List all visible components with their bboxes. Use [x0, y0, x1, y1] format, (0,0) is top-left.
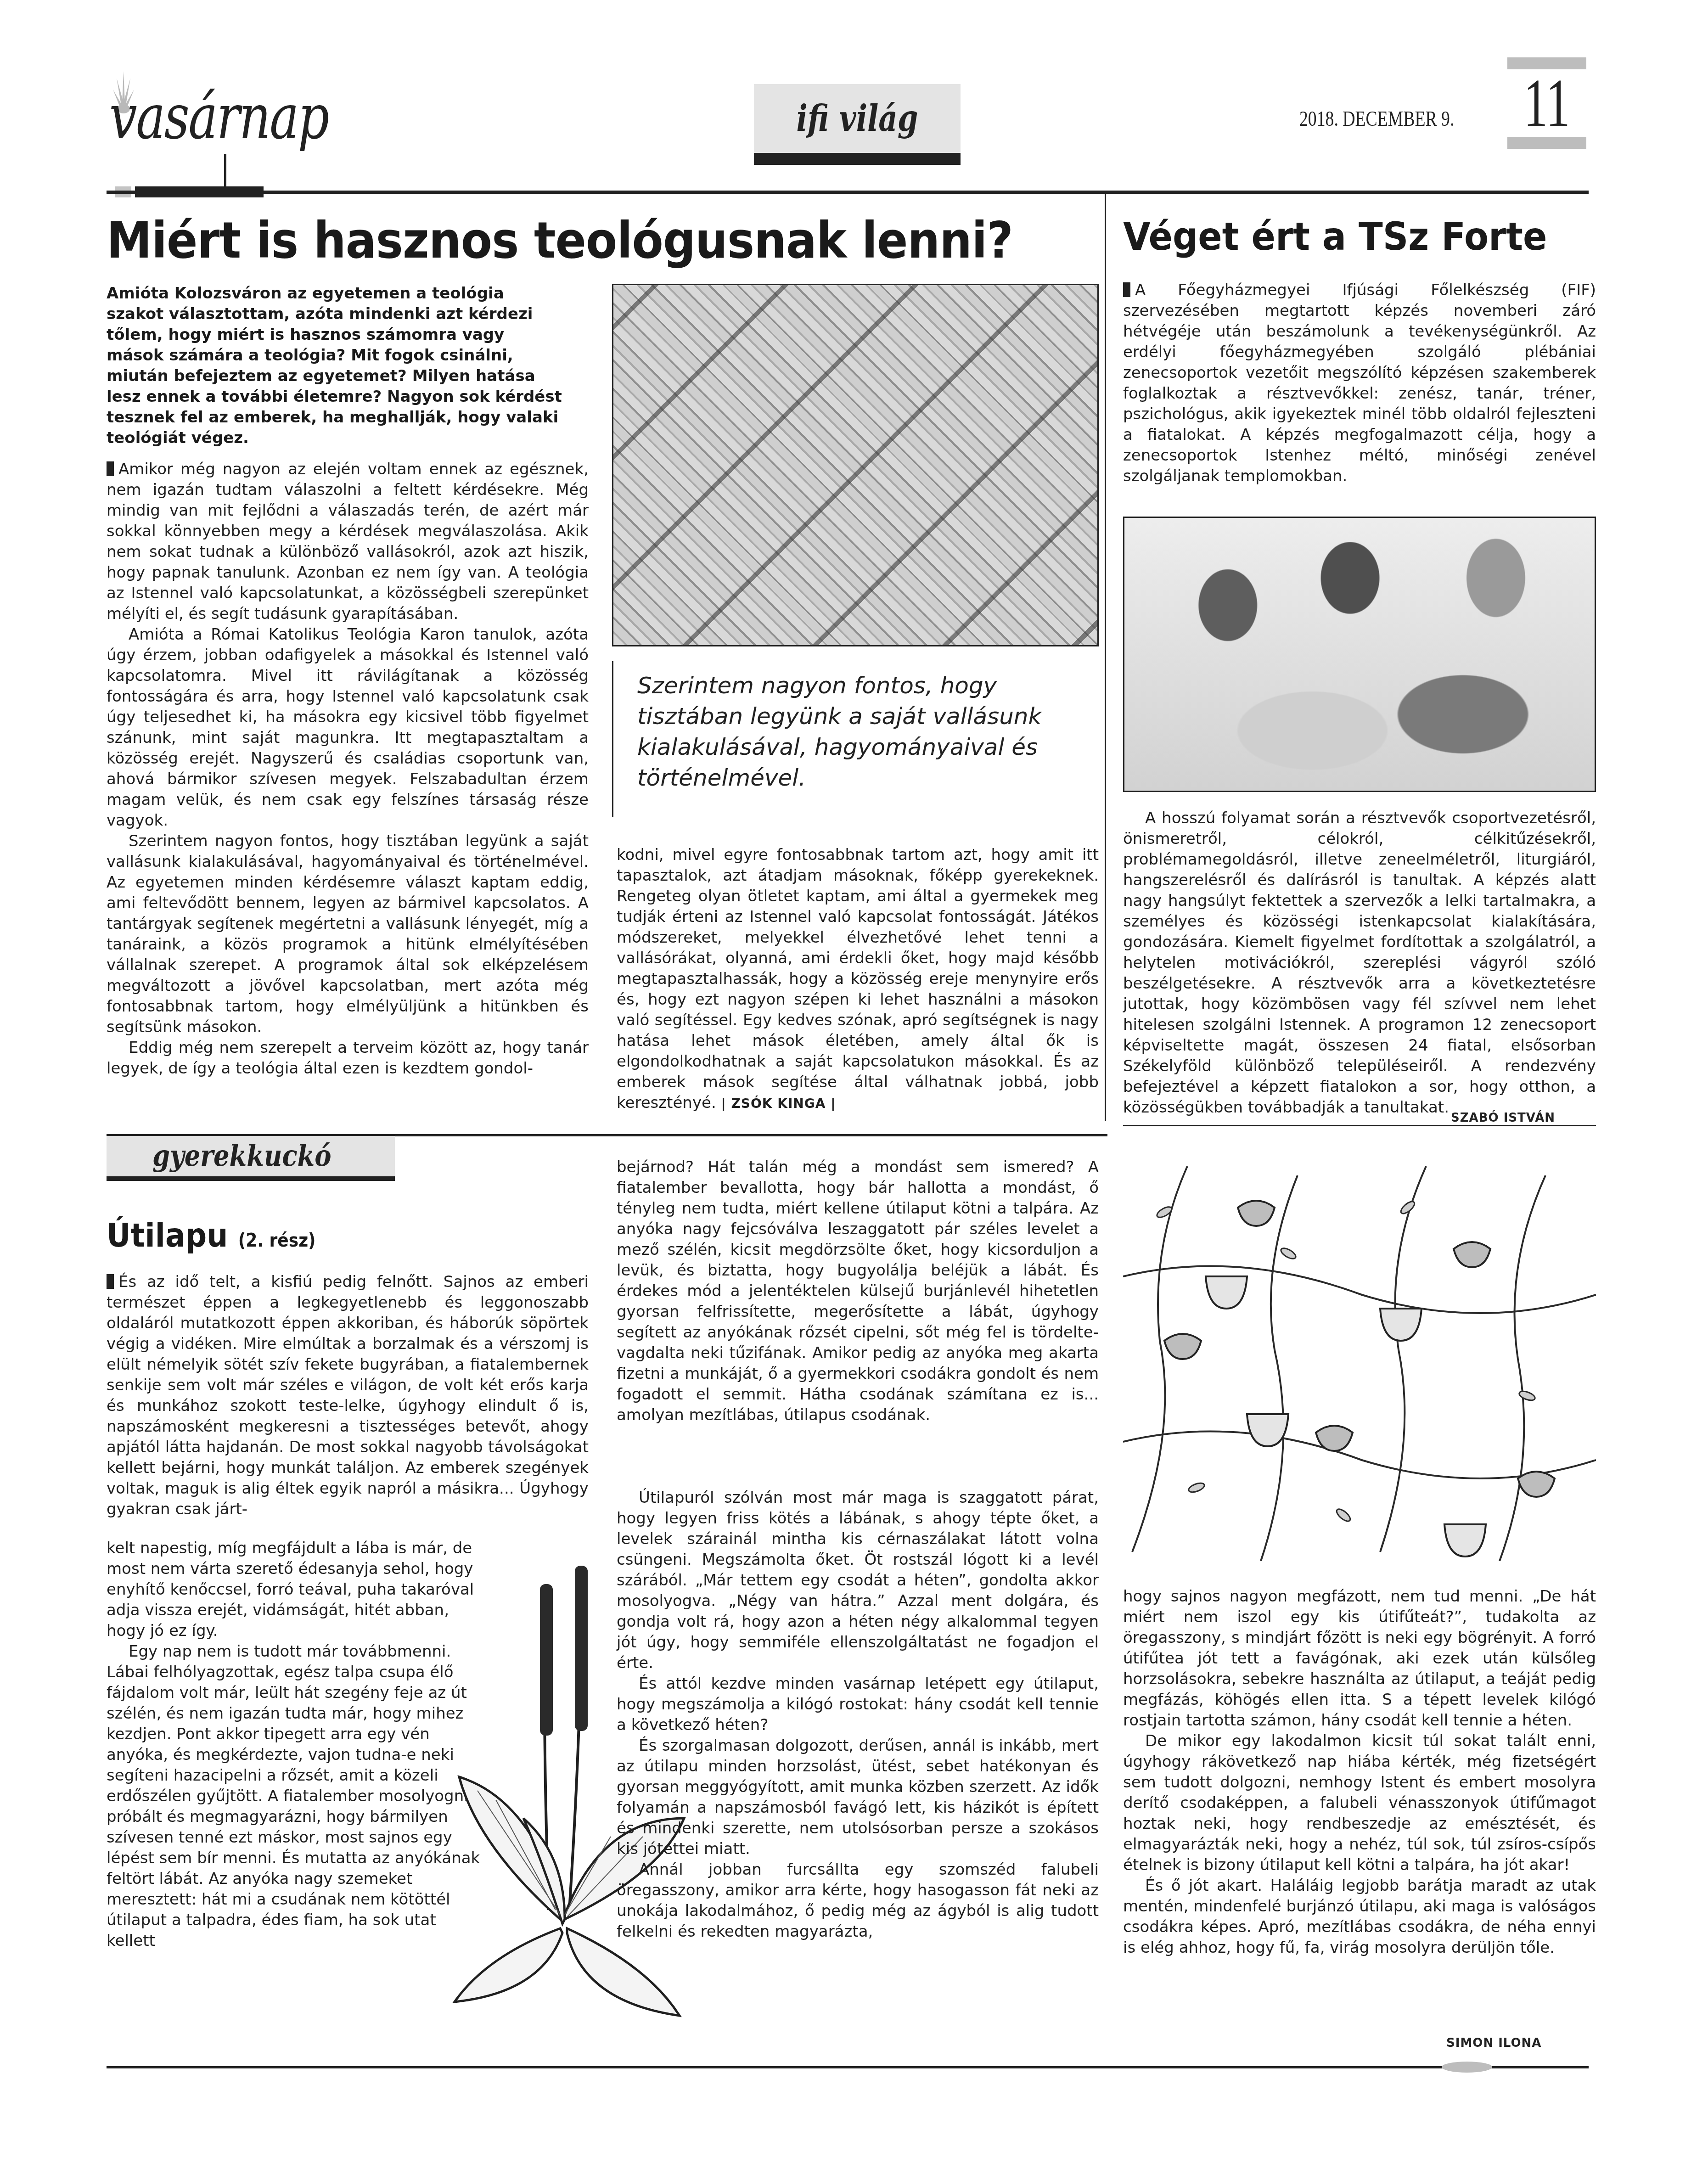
story-body-col1-top: És az idő telt, a kisfiú pedig felnőtt. … — [107, 1272, 589, 1520]
paragraph: És szorgalmasan dolgozott, derűsen, anná… — [617, 1736, 1099, 1860]
kids-corner-tab: gyerekkuckó — [107, 1136, 395, 1176]
paragraph: Amikor még nagyon az elején voltam ennek… — [107, 459, 589, 624]
story-body-col2b: Útilapuról szólván most már maga is szag… — [617, 1488, 1099, 1942]
column-divider — [1105, 194, 1106, 1121]
article-body-theology-col2: kodni, mivel egyre fontosabbnak tartom a… — [617, 845, 1099, 1114]
section-rule — [1123, 1125, 1596, 1126]
article-body-tsz: A hosszú folyamat során a résztvevők cso… — [1123, 808, 1596, 1118]
author-byline: SZABÓ ISTVÁN — [1451, 1111, 1555, 1125]
page-number: 11 — [1519, 69, 1574, 138]
paragraph: De mikor egy lakodalmon kicsit túl sokat… — [1123, 1731, 1596, 1876]
birds-teacups-pattern — [1123, 1157, 1596, 1561]
story-body-col2: bejárnod? Hát talán még a mondást sem is… — [617, 1157, 1099, 1426]
section-tab: ifi világ — [754, 84, 961, 153]
paragraph: Annál jobban furcsállta egy szomszéd fal… — [617, 1860, 1099, 1942]
author-byline: SIMON ILONA — [1446, 2036, 1542, 2050]
story-body-col3: hogy sajnos nagyon megfázott, nem tud me… — [1123, 1586, 1596, 1958]
paragraph: A hosszú folyamat során a résztvevők cso… — [1123, 808, 1596, 1118]
paragraph: bejárnod? Hát talán még a mondást sem is… — [617, 1157, 1099, 1426]
kids-corner-label: gyerekkuckó — [152, 1139, 331, 1173]
story-body-col1-wrap: kelt napestig, míg megfájdult a lába is … — [107, 1538, 488, 1951]
page-number-bar-bottom — [1507, 137, 1586, 149]
masthead-logo: vasárnap — [109, 78, 385, 156]
bookshelf-photo — [612, 284, 1099, 646]
article-title-theology: Miért is hasznos teológusnak lenni? — [107, 214, 1013, 269]
article-intro-tsz: A Főegyházmegyei Ifjúsági Főlelkészség (… — [1123, 280, 1596, 487]
article-title-tsz: Véget ért a TSz Forte — [1123, 214, 1547, 259]
story-title: Útilapu (2. rész) — [107, 1217, 316, 1259]
paragraph: Amióta a Római Katolikus Teológia Karon … — [107, 624, 589, 831]
pull-quote: Szerintem nagyon fontos, hogy tisztában … — [612, 661, 1099, 817]
paragraph: És attól kezdve minden vasárnap letépett… — [617, 1674, 1099, 1736]
guitar-players-photo — [1123, 517, 1596, 792]
paragraph: És ő jót akart. Haláláig legjobb barátja… — [1123, 1876, 1596, 1958]
paragraph: Útilapuról szólván most már maga is szag… — [617, 1488, 1099, 1674]
article-body-theology-col1: Amikor még nagyon az elején voltam ennek… — [107, 459, 589, 1079]
paragraph: Egy nap nem is tudott már továbbmenni. L… — [107, 1641, 488, 1951]
paragraph: hogy sajnos nagyon megfázott, nem tud me… — [1123, 1586, 1596, 1731]
issue-date: 2018. DECEMBER 9. — [1299, 107, 1454, 131]
paragraph-marker-icon — [107, 461, 114, 476]
article-lead-theology: Amióta Kolozsváron az egyetemen a teológ… — [107, 283, 566, 449]
paragraph: kelt napestig, míg megfájdult a lába is … — [107, 1538, 488, 1641]
kids-corner-underbar — [107, 1176, 395, 1181]
author-byline: | ZSÓK KINGA | — [721, 1096, 836, 1111]
continuation-text: kodni, mivel egyre fontosabbnak tartom a… — [617, 846, 1099, 1112]
header-rule — [107, 191, 1589, 194]
paragraph-marker-icon — [1123, 282, 1130, 297]
logo-stem — [224, 154, 226, 188]
logo-wordmark: vasárnap — [109, 86, 328, 148]
footer-ornament — [1442, 2062, 1492, 2073]
section-underbar — [754, 153, 961, 165]
paragraph: Eddig még nem szerepelt a terveim között… — [107, 1038, 589, 1079]
story-part: (2. rész) — [238, 1230, 316, 1251]
paragraph-marker-icon — [107, 1274, 114, 1289]
paragraph: Szerintem nagyon fontos, hogy tisztában … — [107, 831, 589, 1038]
section-label: ifi világ — [773, 98, 942, 140]
footer-rule — [107, 2066, 1589, 2068]
